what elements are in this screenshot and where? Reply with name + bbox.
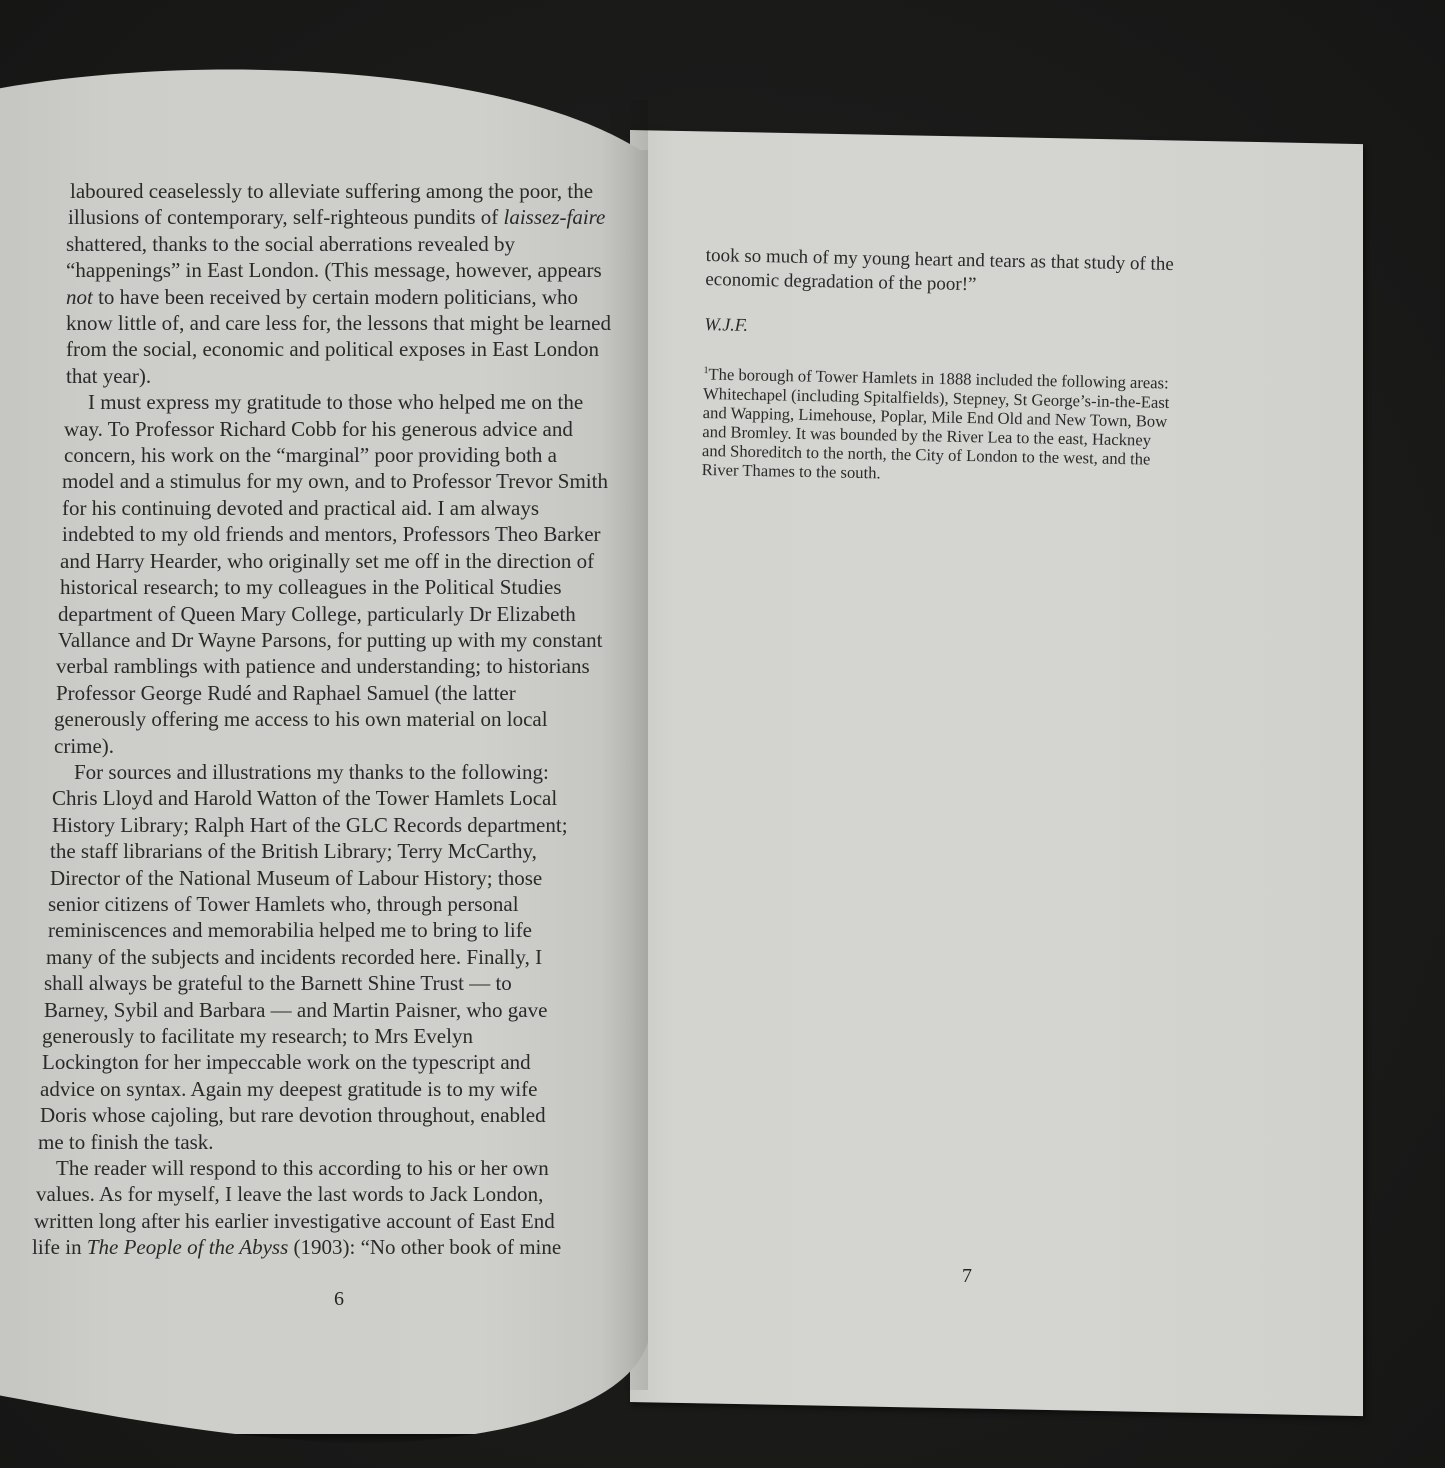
text-line: verbal ramblings with patience and under… <box>56 653 640 679</box>
paragraph-4: The reader will respond to this accordin… <box>40 1155 640 1261</box>
text-line: from the social, economic and political … <box>66 336 640 362</box>
text-line: advice on syntax. Again my deepest grati… <box>40 1076 640 1102</box>
text-line: written long after his earlier investiga… <box>34 1208 640 1234</box>
text-line: model and a stimulus for my own, and to … <box>62 468 640 494</box>
text-line: not to have been received by certain mod… <box>66 284 640 310</box>
text-line: History Library; Ralph Hart of the GLC R… <box>52 812 640 838</box>
page-number-right: 7 <box>962 1265 972 1288</box>
text-line: senior citizens of Tower Hamlets who, th… <box>48 891 640 917</box>
italic-book-title: The People of the Abyss <box>87 1235 288 1259</box>
text-line: Director of the National Museum of Labou… <box>50 865 640 891</box>
text-line: concern, his work on the “marginal” poor… <box>64 442 640 468</box>
footnote: 1The borough of Tower Hamlets in 1888 in… <box>701 361 1299 490</box>
text-line: I must express my gratitude to those who… <box>88 389 640 415</box>
text-line: Vallance and Dr Wayne Parsons, for putti… <box>58 627 640 653</box>
text-line: Professor George Rudé and Raphael Samuel… <box>56 680 640 706</box>
author-initials: W.J.F. <box>704 314 1300 346</box>
text-line: many of the subjects and incidents recor… <box>46 944 640 970</box>
text-line: values. As for myself, I leave the last … <box>36 1181 640 1207</box>
paragraph-2: I must express my gratitude to those who… <box>40 389 640 759</box>
text-line: Doris whose cajoling, but rare devotion … <box>40 1102 640 1128</box>
text-line: indebted to my old friends and mentors, … <box>62 521 640 547</box>
text-line: for his continuing devoted and practical… <box>62 495 640 521</box>
text-line: laboured ceaselessly to alleviate suffer… <box>70 178 640 204</box>
text-line: historical research; to my colleagues in… <box>60 574 640 600</box>
text-line: life in The People of the Abyss (1903): … <box>32 1234 640 1260</box>
paragraph-3: For sources and illustrations my thanks … <box>40 759 640 1155</box>
text-line: Barney, Sybil and Barbara — and Martin P… <box>44 997 640 1023</box>
text-line: the staff librarians of the British Libr… <box>50 838 640 864</box>
text-line: department of Queen Mary College, partic… <box>58 601 640 627</box>
page-number-left: 6 <box>334 1288 344 1311</box>
text-line: Lockington for her impeccable work on th… <box>42 1049 640 1075</box>
text-line: shattered, thanks to the social aberrati… <box>66 231 640 257</box>
text-line: generously to facilitate my research; to… <box>42 1023 640 1049</box>
right-page-body: took so much of my young heart and tears… <box>701 244 1301 490</box>
text-line: generously offering me access to his own… <box>54 706 640 732</box>
text-line: way. To Professor Richard Cobb for his g… <box>64 416 640 442</box>
text-line: and Harry Hearder, who originally set me… <box>60 548 640 574</box>
text-line: “happenings” in East London. (This messa… <box>66 257 640 283</box>
italic-phrase: laissez-faire <box>503 205 605 229</box>
italic-word: not <box>66 285 93 309</box>
text-line: me to finish the task. <box>38 1129 640 1155</box>
text-line: reminiscences and memorabilia helped me … <box>48 917 640 943</box>
quote-continuation: took so much of my young heart and tears… <box>705 244 1302 303</box>
paragraph-1: laboured ceaselessly to alleviate suffer… <box>40 178 640 389</box>
text-line: Chris Lloyd and Harold Watton of the Tow… <box>52 785 640 811</box>
text-line: For sources and illustrations my thanks … <box>74 759 640 785</box>
text-line: shall always be grateful to the Barnett … <box>44 970 640 996</box>
text-line: that year). <box>66 363 640 389</box>
text-line: The reader will respond to this accordin… <box>56 1155 640 1181</box>
text-line: crime). <box>54 733 640 759</box>
left-page-body: laboured ceaselessly to alleviate suffer… <box>40 178 640 1261</box>
text-line: know little of, and care less for, the l… <box>66 310 640 336</box>
text-line: illusions of contemporary, self-righteou… <box>68 204 640 230</box>
